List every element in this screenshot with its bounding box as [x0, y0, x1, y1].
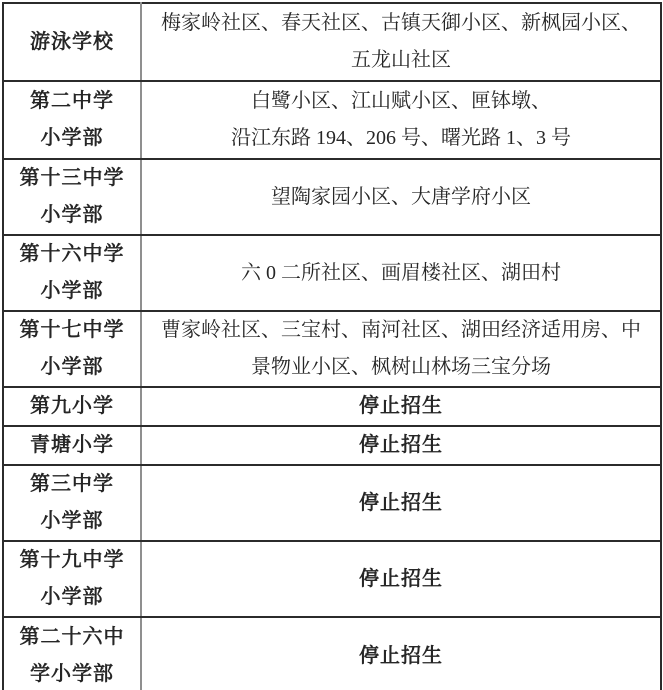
school-cell: 第十三中学 小学部	[3, 159, 141, 235]
school-name: 小学部	[8, 579, 136, 616]
table-row: 青塘小学 停止招生	[3, 426, 661, 465]
stop-enrollment-label: 停止招生	[146, 388, 656, 425]
school-name: 第十三中学	[8, 160, 136, 197]
school-cell: 第二中学 小学部	[3, 81, 141, 159]
area-text-line: 白鹭小区、江山赋小区、匣钵墩、	[146, 83, 656, 120]
school-name: 小学部	[8, 273, 136, 310]
table-row: 游泳学校 梅家岭社区、春天社区、古镇天御小区、新枫园小区、 五龙山社区	[3, 3, 661, 81]
table-row: 第十六中学 小学部 六 0 二所社区、画眉楼社区、湖田村	[3, 235, 661, 311]
school-cell: 第十六中学 小学部	[3, 235, 141, 311]
school-name: 第十六中学	[8, 236, 136, 273]
school-name: 青塘小学	[8, 427, 136, 464]
school-cell: 第三中学 小学部	[3, 465, 141, 541]
area-cell: 六 0 二所社区、画眉楼社区、湖田村	[141, 235, 661, 311]
area-text-line: 六 0 二所社区、画眉楼社区、湖田村	[146, 255, 656, 292]
stop-enrollment-label: 停止招生	[146, 485, 656, 522]
table-row: 第九小学 停止招生	[3, 387, 661, 426]
area-cell: 停止招生	[141, 387, 661, 426]
area-cell: 停止招生	[141, 617, 661, 690]
school-name: 小学部	[8, 349, 136, 386]
table-row: 第十三中学 小学部 望陶家园小区、大唐学府小区	[3, 159, 661, 235]
area-cell: 梅家岭社区、春天社区、古镇天御小区、新枫园小区、 五龙山社区	[141, 3, 661, 81]
table-body: 游泳学校 梅家岭社区、春天社区、古镇天御小区、新枫园小区、 五龙山社区 第二中学…	[3, 3, 661, 690]
stop-enrollment-label: 停止招生	[146, 427, 656, 464]
school-name: 小学部	[8, 120, 136, 157]
school-name: 第二十六中	[8, 619, 136, 656]
table-row: 第二中学 小学部 白鹭小区、江山赋小区、匣钵墩、 沿江东路 194、206 号、…	[3, 81, 661, 159]
school-name: 学小学部	[8, 656, 136, 690]
area-cell: 停止招生	[141, 465, 661, 541]
school-name: 游泳学校	[8, 24, 136, 61]
area-cell: 曹家岭社区、三宝村、南河社区、湖田经济适用房、中 景物业小区、枫树山林场三宝分场	[141, 311, 661, 387]
school-cell: 青塘小学	[3, 426, 141, 465]
stop-enrollment-label: 停止招生	[146, 561, 656, 598]
school-cell: 第九小学	[3, 387, 141, 426]
table-row: 第二十六中 学小学部 停止招生	[3, 617, 661, 690]
school-cell: 第十九中学 小学部	[3, 541, 141, 617]
school-name: 第十九中学	[8, 542, 136, 579]
school-name: 第二中学	[8, 83, 136, 120]
area-cell: 望陶家园小区、大唐学府小区	[141, 159, 661, 235]
school-cell: 第二十六中 学小学部	[3, 617, 141, 690]
table-row: 第三中学 小学部 停止招生	[3, 465, 661, 541]
school-cell: 第十七中学 小学部	[3, 311, 141, 387]
table-row: 第十九中学 小学部 停止招生	[3, 541, 661, 617]
school-district-table: 游泳学校 梅家岭社区、春天社区、古镇天御小区、新枫园小区、 五龙山社区 第二中学…	[2, 2, 662, 690]
area-cell: 停止招生	[141, 426, 661, 465]
school-name: 小学部	[8, 197, 136, 234]
area-cell: 白鹭小区、江山赋小区、匣钵墩、 沿江东路 194、206 号、曙光路 1、3 号	[141, 81, 661, 159]
area-text-line: 望陶家园小区、大唐学府小区	[146, 179, 656, 216]
school-name: 第十七中学	[8, 312, 136, 349]
table-row: 第十七中学 小学部 曹家岭社区、三宝村、南河社区、湖田经济适用房、中 景物业小区…	[3, 311, 661, 387]
stop-enrollment-label: 停止招生	[146, 638, 656, 675]
school-name: 第九小学	[8, 388, 136, 425]
area-text-line: 曹家岭社区、三宝村、南河社区、湖田经济适用房、中	[146, 312, 656, 349]
area-text-line: 景物业小区、枫树山林场三宝分场	[146, 349, 656, 386]
area-text-line: 沿江东路 194、206 号、曙光路 1、3 号	[146, 120, 656, 157]
school-name: 小学部	[8, 503, 136, 540]
school-cell: 游泳学校	[3, 3, 141, 81]
area-text-line: 五龙山社区	[146, 42, 656, 79]
area-cell: 停止招生	[141, 541, 661, 617]
school-name: 第三中学	[8, 466, 136, 503]
area-text-line: 梅家岭社区、春天社区、古镇天御小区、新枫园小区、	[146, 5, 656, 42]
